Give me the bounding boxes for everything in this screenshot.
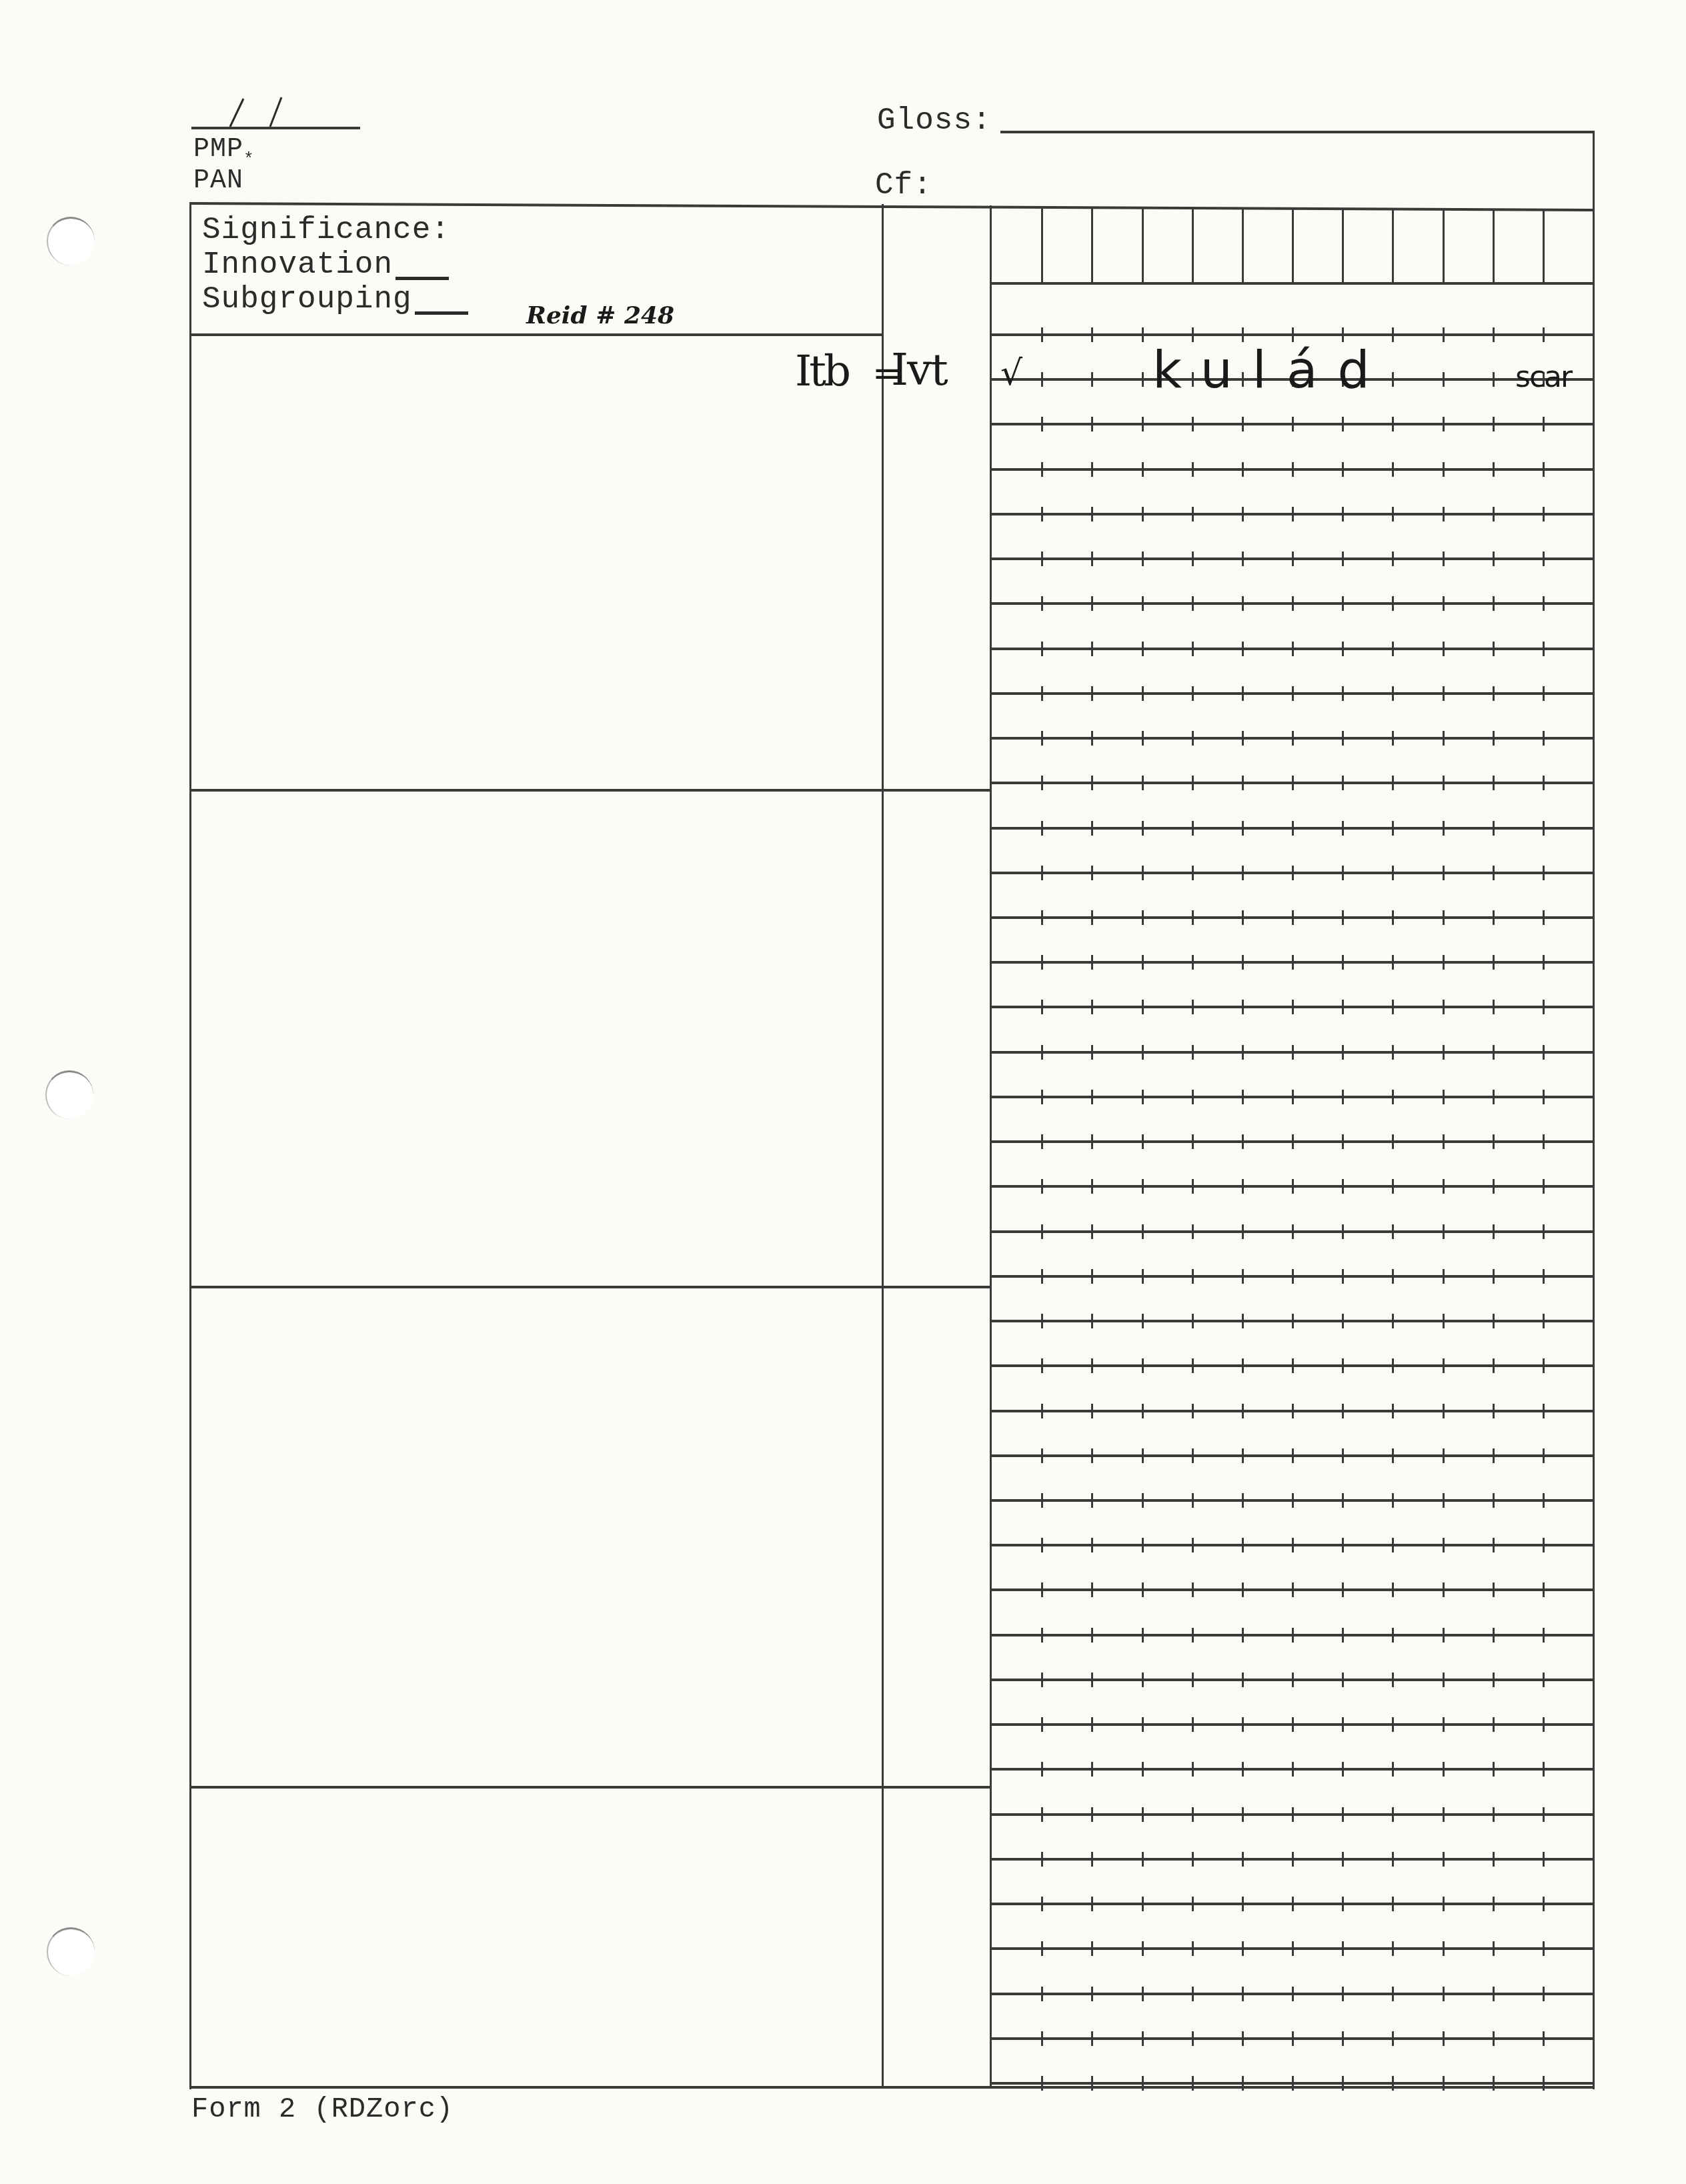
ruled-line-tick [1242, 552, 1244, 566]
column-divider-1 [882, 204, 884, 2088]
ruled-line-tick [1192, 642, 1194, 656]
ruled-line-tick [1493, 327, 1495, 342]
entry-section-4[interactable] [192, 1789, 880, 2085]
ruled-line-tick [1443, 1673, 1445, 1687]
ruled-line-tick [1142, 1941, 1144, 1956]
ruled-line-tick [1543, 1404, 1545, 1418]
ruled-line-tick [1242, 2031, 1244, 2046]
ruled-line-tick [1292, 1628, 1294, 1643]
ruled-line-tick [1342, 955, 1344, 970]
ruled-line-tick [1292, 866, 1294, 880]
ruled-line-tick [1142, 507, 1144, 521]
reid-reference-note: Reid # 248 [526, 301, 674, 329]
ruled-line-tick [1142, 1090, 1144, 1104]
entry-gloss: scar [1515, 360, 1571, 394]
ruled-line-tick [1392, 1224, 1394, 1239]
ruled-line-tick [1443, 776, 1445, 790]
ruled-line-tick [1091, 821, 1093, 836]
ruled-line-tick [1443, 731, 1445, 746]
ruled-line-tick [1192, 2076, 1194, 2091]
ruled-line-tick [1041, 2076, 1043, 2091]
ruled-line-tick [1041, 1941, 1043, 1956]
ruled-line-tick [1091, 955, 1093, 970]
ruled-line-tick [1292, 1673, 1294, 1687]
ruled-line-tick [1091, 417, 1093, 431]
innovation-field[interactable] [395, 251, 449, 280]
ruled-line-tick [1242, 1852, 1244, 1867]
ruled-line-tick [1392, 1269, 1394, 1284]
ruled-line-tick [1142, 1179, 1144, 1194]
ruled-line-tick [1041, 507, 1043, 521]
ruled-line-tick [1392, 1134, 1394, 1149]
ruled-line-tick [1342, 1762, 1344, 1777]
ruled-line-tick [1041, 1314, 1043, 1328]
ruled-line-tick [1342, 642, 1344, 656]
section-divider [190, 789, 990, 792]
ruled-line-tick [1392, 1762, 1394, 1777]
ruled-line-tick [1242, 1224, 1244, 1239]
ruled-line-tick [1443, 1000, 1445, 1014]
ruled-line-tick [1091, 372, 1093, 387]
ruled-line-tick [1543, 910, 1545, 925]
ruled-line-tick [1091, 327, 1093, 342]
ruled-line-tick [1292, 2076, 1294, 2091]
ruled-line-tick [1543, 1673, 1545, 1687]
ruled-line-tick [1342, 686, 1344, 701]
ruled-line-tick [1292, 1987, 1294, 2001]
ruled-line-tick [1342, 1045, 1344, 1060]
ruled-line-tick [1192, 821, 1194, 836]
ruled-line-tick [1543, 1628, 1545, 1643]
ruled-line-tick [1392, 1314, 1394, 1328]
ruled-line-tick [1142, 1897, 1144, 1911]
ruled-line-tick [1041, 1717, 1043, 1732]
ruled-line-tick [1443, 1404, 1445, 1418]
ruled-line-tick [1342, 1314, 1344, 1328]
ruled-line-tick [1342, 462, 1344, 477]
subgrouping-row: Subgrouping [202, 284, 468, 315]
section-divider [190, 1786, 990, 1789]
ruled-line-tick [1292, 552, 1294, 566]
ruled-line-tick [1342, 1717, 1344, 1732]
ruled-line-tick [1242, 1897, 1244, 1911]
ruled-lines-area[interactable] [991, 0, 1593, 2184]
ruled-line-tick [1543, 1224, 1545, 1239]
ruled-line-tick [1493, 1179, 1495, 1194]
ruled-line-tick [1192, 1987, 1194, 2001]
ruled-line-tick [1242, 1538, 1244, 1552]
ruled-line-tick [1242, 2076, 1244, 2091]
ruled-line-tick [1142, 1045, 1144, 1060]
ruled-line-tick [1543, 1538, 1545, 1552]
ruled-line-tick [1443, 1358, 1445, 1373]
ruled-line-tick [1242, 1179, 1244, 1194]
ruled-line-tick [1292, 1448, 1294, 1463]
ruled-line-tick [1192, 1897, 1194, 1911]
ruled-line-tick [1142, 1852, 1144, 1867]
ruled-line-tick [1493, 1852, 1495, 1867]
ruled-line-tick [1242, 1404, 1244, 1418]
ruled-line-tick [1342, 1807, 1344, 1822]
ruled-line-tick [1192, 686, 1194, 701]
ruled-line-tick [1192, 417, 1194, 431]
ruled-line-tick [1392, 1000, 1394, 1014]
ruled-line-tick [1142, 866, 1144, 880]
ruled-line-tick [1091, 552, 1093, 566]
ruled-line-tick [1091, 1582, 1093, 1597]
ruled-line-tick [1292, 1045, 1294, 1060]
subgrouping-field[interactable] [415, 286, 468, 315]
ruled-line-tick [1493, 955, 1495, 970]
ruled-line-tick [1493, 1224, 1495, 1239]
ruled-line-tick [1392, 686, 1394, 701]
ruled-line-tick [1192, 1045, 1194, 1060]
ruled-line-tick [1342, 1358, 1344, 1373]
ruled-line-tick [1493, 1448, 1495, 1463]
ruled-line-tick [1091, 731, 1093, 746]
ruled-line-tick [1242, 866, 1244, 880]
ruled-line-tick [1443, 2031, 1445, 2046]
ruled-line-tick [1091, 866, 1093, 880]
entry-section-3[interactable] [192, 1289, 880, 1785]
ruled-line-tick [1041, 2031, 1043, 2046]
ruled-line-tick [1091, 1493, 1093, 1508]
ruled-line-tick [1342, 2031, 1344, 2046]
ruled-line-tick [1292, 1090, 1294, 1104]
ruled-line-tick [1091, 1404, 1093, 1418]
ruled-line-tick [1543, 642, 1545, 656]
ruled-line-tick [1392, 1582, 1394, 1597]
ruled-line-tick [1493, 821, 1495, 836]
ruled-line-tick [1142, 1134, 1144, 1149]
ruled-line-tick [1242, 1358, 1244, 1373]
ruled-line-tick [1392, 462, 1394, 477]
ruled-line-tick [1142, 910, 1144, 925]
ruled-line-tick [1342, 1987, 1344, 2001]
ruled-line-tick [1242, 1448, 1244, 1463]
ruled-line-tick [1342, 417, 1344, 431]
ruled-line-tick [1493, 731, 1495, 746]
ruled-line-tick [1242, 1807, 1244, 1822]
ruled-line-tick [1091, 686, 1093, 701]
ruled-line-tick [1493, 1269, 1495, 1284]
ruled-line-tick [1292, 1224, 1294, 1239]
ruled-line-tick [1342, 1673, 1344, 1687]
ruled-line-tick [1192, 1493, 1194, 1508]
ruled-line-tick [1041, 866, 1043, 880]
ruled-line-tick [1091, 462, 1093, 477]
ruled-line-tick [1091, 1941, 1093, 1956]
ruled-line-tick [1543, 1269, 1545, 1284]
ruled-line-tick [1041, 1987, 1043, 2001]
ruled-line-tick [1543, 1358, 1545, 1373]
ruled-line-tick [1342, 1941, 1344, 1956]
ruled-line-tick [1493, 1582, 1495, 1597]
ruled-line-tick [1292, 462, 1294, 477]
ruled-line-tick [1242, 1493, 1244, 1508]
ruled-line-tick [1392, 507, 1394, 521]
entry-lang-code: Ivt [891, 344, 947, 395]
significance-title: Significance: [202, 215, 450, 245]
ruled-line-tick [1543, 596, 1545, 611]
ruled-line-tick [1091, 1628, 1093, 1643]
entry-section-2[interactable] [192, 792, 880, 1284]
ruled-line-tick [1142, 1538, 1144, 1552]
ruled-line-tick [1041, 1358, 1043, 1373]
ruled-line-tick [1192, 552, 1194, 566]
ruled-line-tick [1192, 1134, 1194, 1149]
ruled-line-tick [1041, 1404, 1043, 1418]
ruled-line-tick [1242, 596, 1244, 611]
ruled-line-tick [1342, 1000, 1344, 1014]
ruled-line-tick [1392, 821, 1394, 836]
ruled-line-tick [1041, 1673, 1043, 1687]
ruled-line-tick [1192, 1807, 1194, 1822]
ruled-line-tick [1192, 1314, 1194, 1328]
ruled-line-tick [1392, 1941, 1394, 1956]
ruled-line-tick [1192, 955, 1194, 970]
ruled-line-tick [1041, 1045, 1043, 1060]
ruled-line-tick [1443, 1852, 1445, 1867]
ruled-line-tick [1443, 1314, 1445, 1328]
ruled-line-tick [1142, 642, 1144, 656]
ruled-line-tick [1342, 1493, 1344, 1508]
ruled-line-tick [1292, 1897, 1294, 1911]
ruled-line-tick [1543, 1987, 1545, 2001]
ruled-line-tick [1292, 821, 1294, 836]
ruled-line-tick [1091, 1314, 1093, 1328]
subgrouping-label: Subgrouping [202, 284, 412, 315]
ruled-line-tick [1493, 2076, 1495, 2091]
ruled-line-tick [1392, 327, 1394, 342]
form-footer-label: Form 2 (RDZorc) [191, 2095, 454, 2123]
ruled-line-tick [1493, 2031, 1495, 2046]
ruled-line-tick [1543, 731, 1545, 746]
ruled-line-tick [1142, 552, 1144, 566]
ruled-line-tick [1543, 1807, 1545, 1822]
ruled-line-tick [1091, 1000, 1093, 1014]
ruled-line-tick [1493, 866, 1495, 880]
ruled-line-tick [1242, 731, 1244, 746]
ruled-line-tick [1091, 1448, 1093, 1463]
ruled-line-tick [1091, 1717, 1093, 1732]
ruled-line-tick [1543, 1762, 1545, 1777]
ruled-line-tick [1543, 462, 1545, 477]
ruled-line-tick [1192, 776, 1194, 790]
ruled-line-tick [1091, 1179, 1093, 1194]
ruled-line-tick [1041, 686, 1043, 701]
ruled-line-tick [1392, 1179, 1394, 1194]
ruled-line-tick [1142, 1448, 1144, 1463]
ruled-line-tick [1392, 866, 1394, 880]
ruled-line-tick [1242, 1582, 1244, 1597]
ruled-line-tick [1392, 2031, 1394, 2046]
ruled-line-tick [1142, 821, 1144, 836]
ruled-line-tick [1242, 1134, 1244, 1149]
ruled-line-tick [1142, 1493, 1144, 1508]
ruled-line-tick [1543, 1179, 1545, 1194]
innovation-row: Innovation [202, 249, 449, 280]
ruled-line-tick [1242, 1045, 1244, 1060]
ruled-line-tick [1392, 1358, 1394, 1373]
ruled-line-tick [1041, 1538, 1043, 1552]
ruled-line-tick [1443, 866, 1445, 880]
ruled-line-tick [1342, 1090, 1344, 1104]
ruled-line-tick [1142, 372, 1144, 387]
ruled-line-tick [1493, 1045, 1495, 1060]
ruled-line-tick [1192, 1404, 1194, 1418]
ruled-line-tick [1392, 417, 1394, 431]
ruled-line-tick [1142, 2031, 1144, 2046]
ruled-line-tick [1142, 1000, 1144, 1014]
ruled-line-tick [1443, 462, 1445, 477]
ruled-line-tick [1493, 552, 1495, 566]
entry-section-1[interactable] [192, 337, 880, 788]
ruled-line-tick [1091, 1045, 1093, 1060]
ruled-line-tick [1192, 2031, 1194, 2046]
entry-form: kulád [1152, 340, 1390, 399]
entry-source-code: Itb [795, 347, 848, 396]
ruled-line-tick [1242, 1314, 1244, 1328]
ruled-line-tick [1392, 731, 1394, 746]
ruled-line-tick [1142, 2076, 1144, 2091]
ruled-line-tick [1292, 1807, 1294, 1822]
ruled-line-tick [1443, 2076, 1445, 2091]
ruled-line-tick [1041, 1582, 1043, 1597]
ruled-line-tick [1443, 327, 1445, 342]
ruled-line-tick [1041, 552, 1043, 566]
ruled-line-tick [1493, 1314, 1495, 1328]
ruled-line-tick [1091, 1762, 1093, 1777]
ruled-line-tick [1292, 1941, 1294, 1956]
ruled-line-tick [1091, 2076, 1093, 2091]
ruled-line-tick [1242, 686, 1244, 701]
ruled-line-tick [1142, 776, 1144, 790]
ruled-line-tick [1292, 1000, 1294, 1014]
ruled-line-tick [1292, 1717, 1294, 1732]
ruled-line-tick [1242, 417, 1244, 431]
ruled-line-tick [1192, 1717, 1194, 1732]
ruled-line-tick [1142, 462, 1144, 477]
ruled-line-tick [1242, 1673, 1244, 1687]
ruled-line-tick [1543, 1717, 1545, 1732]
ruled-line-tick [1292, 1582, 1294, 1597]
ruled-line-tick [1443, 1987, 1445, 2001]
ruled-line-tick [1493, 1628, 1495, 1643]
ruled-line-tick [1192, 1582, 1194, 1597]
ruled-line-tick [1041, 642, 1043, 656]
ruled-line-tick [1543, 821, 1545, 836]
ruled-line-tick [1292, 2031, 1294, 2046]
ruled-line-tick [1142, 1314, 1144, 1328]
ruled-line-tick [1142, 686, 1144, 701]
ruled-line-tick [1041, 1493, 1043, 1508]
ruled-line-tick [1041, 462, 1043, 477]
ruled-line-tick [1192, 1941, 1194, 1956]
ruled-line-tick [1342, 1538, 1344, 1552]
ruled-line-tick [1192, 1179, 1194, 1194]
ruled-line-tick [1443, 372, 1445, 387]
ruled-line-tick [1041, 731, 1043, 746]
ruled-line-tick [1041, 1897, 1043, 1911]
significance-box: Significance: Innovation Subgrouping Rei… [191, 207, 882, 333]
ruled-line-tick [1192, 596, 1194, 611]
ruled-line-tick [1392, 1493, 1394, 1508]
ruled-line-tick [1543, 2031, 1545, 2046]
ruled-line-tick [1392, 910, 1394, 925]
ruled-line-tick [1493, 462, 1495, 477]
ruled-line-tick [1292, 1538, 1294, 1552]
ruled-line-tick [1543, 1090, 1545, 1104]
ruled-line-tick [1443, 596, 1445, 611]
ruled-line-tick [1543, 776, 1545, 790]
ruled-line-tick [1543, 1897, 1545, 1911]
ruled-line-tick [1443, 1045, 1445, 1060]
ruled-line-tick [1242, 1628, 1244, 1643]
ruled-line-tick [1242, 462, 1244, 477]
ruled-line-tick [1242, 1000, 1244, 1014]
ruled-line-tick [1392, 1897, 1394, 1911]
ruled-line-tick [1342, 776, 1344, 790]
ruled-line-tick [1142, 327, 1144, 342]
ruled-line-tick [1041, 776, 1043, 790]
ruled-line-tick [1192, 1448, 1194, 1463]
ruled-line-tick [1443, 1897, 1445, 1911]
ruled-line-tick [1142, 1717, 1144, 1732]
ruled-line-tick [1142, 1358, 1144, 1373]
ruled-line-tick [1242, 1269, 1244, 1284]
ruled-line-tick [1242, 1987, 1244, 2001]
ruled-line-tick [1041, 1179, 1043, 1194]
ruled-line-tick [1342, 1404, 1344, 1418]
ruled-line-tick [1493, 1987, 1495, 2001]
ruled-line-tick [1342, 552, 1344, 566]
ruled-line-tick [1142, 1404, 1144, 1418]
ruled-line-tick [1443, 1134, 1445, 1149]
ruled-line-tick [1392, 1628, 1394, 1643]
ruled-line-tick [1342, 1852, 1344, 1867]
ruled-line-tick [1091, 1134, 1093, 1149]
ruled-line-tick [1392, 552, 1394, 566]
ruled-line-tick [1342, 507, 1344, 521]
ruled-line-tick [1543, 1134, 1545, 1149]
ruled-line-tick [1041, 596, 1043, 611]
ruled-line-tick [1443, 1807, 1445, 1822]
ruled-line-tick [1192, 507, 1194, 521]
ruled-line-tick [1292, 642, 1294, 656]
ruled-line-tick [1142, 1987, 1144, 2001]
ruled-line-tick [1292, 1493, 1294, 1508]
ruled-line-tick [1493, 1358, 1495, 1373]
ruled-line-tick [1443, 1224, 1445, 1239]
ruled-line-tick [1091, 507, 1093, 521]
ruled-line-tick [1543, 1852, 1545, 1867]
ruled-line-tick [1242, 1762, 1244, 1777]
ruled-line-tick [1142, 417, 1144, 431]
ruled-line-tick [1443, 1717, 1445, 1732]
section-divider [190, 1286, 990, 1288]
ruled-line-tick [1142, 596, 1144, 611]
ruled-line-tick [1091, 1807, 1093, 1822]
ruled-line-tick [1091, 642, 1093, 656]
ruled-line-tick [1292, 1314, 1294, 1328]
ruled-line-tick [1041, 1852, 1043, 1867]
ruled-line-tick [1443, 642, 1445, 656]
ruled-line-tick [1142, 1673, 1144, 1687]
ruled-line-tick [1192, 1852, 1194, 1867]
ruled-line-tick [1493, 776, 1495, 790]
ruled-line-tick [1493, 1000, 1495, 1014]
